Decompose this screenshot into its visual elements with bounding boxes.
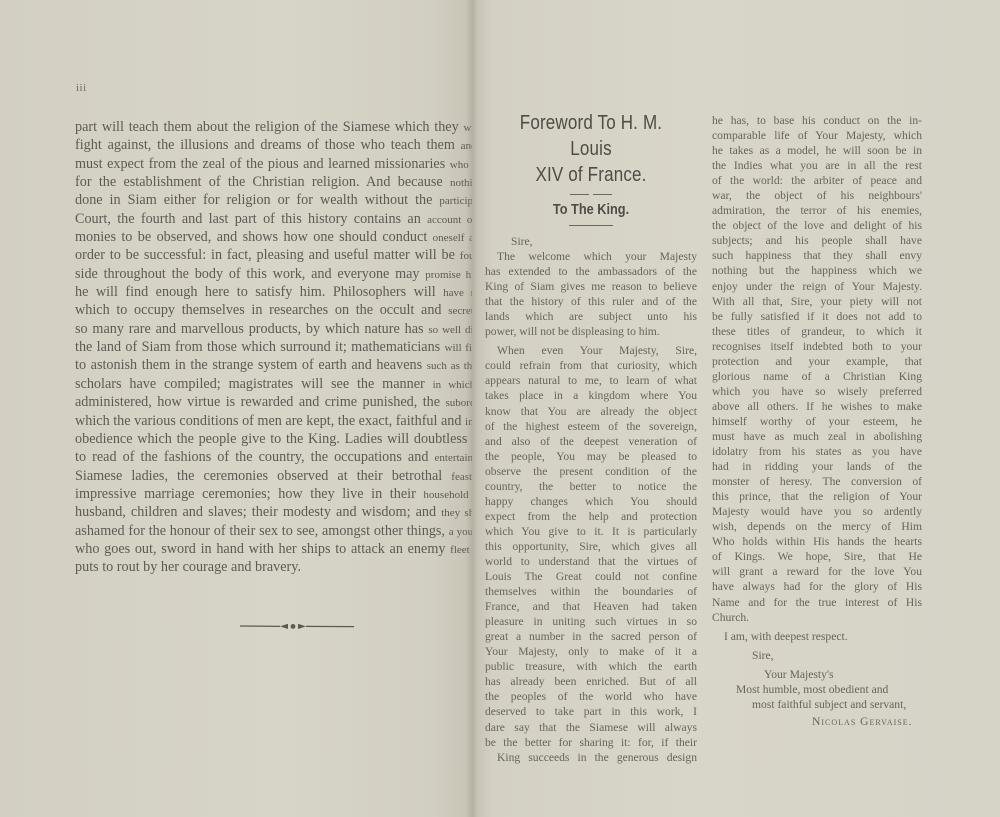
left-page: iii part will teach them about the relig…	[0, 0, 472, 817]
text-line: of the highest esteem of the sovereign,	[485, 419, 697, 434]
foreword-subtitle: To The King.	[501, 201, 681, 219]
text-line: nothing but the happiness which we	[712, 263, 922, 278]
text-line: puts to rout by her courage and bravery.	[75, 559, 472, 576]
text-line: happy changes which You should	[485, 494, 697, 509]
text-line: Who holds within His hands the hearts	[712, 534, 922, 549]
text-line: admiration, the terror of his enemies,	[712, 203, 922, 218]
text-line: of Kings. We hope, Sire, that He	[712, 549, 922, 564]
text-line: be fully satisfied if it does not add to	[712, 309, 922, 324]
text-line: subjects; and his people shall have	[712, 233, 922, 248]
text-line: the people, You may be pleased to	[485, 449, 697, 464]
text-line: obedience which the people give to the K…	[75, 431, 472, 449]
text-line: have always had for the glory of His	[712, 579, 922, 594]
text-line: The welcome which your Majesty	[485, 249, 697, 264]
text-line: deserved to take part in this work, I	[485, 704, 697, 719]
text-line: ashamed for the honour of their sex to s…	[75, 523, 472, 541]
text-line: these titles of grandeur, to which it	[712, 324, 922, 339]
text-line: Name and for the true interest of His	[712, 595, 922, 610]
salutation: Sire,	[485, 234, 697, 249]
text-line: the Indies what you are in all the rest	[712, 158, 922, 173]
text-line: themselves within the boundaries of	[485, 584, 697, 599]
text-line: pleasure in uniting such virtues in so	[485, 614, 697, 629]
text-line: power, will not be displeasing to him.	[485, 324, 697, 339]
text-line: above all others. If he wishes to make	[712, 399, 922, 414]
text-line: which the various conditions of men are …	[75, 413, 472, 431]
signature: Nicolas Gervaise.	[712, 714, 922, 729]
text-line: order to be successful: in fact, pleasin…	[75, 247, 472, 265]
text-line: has already been enriched. But of all	[485, 674, 697, 689]
text-line: this prince, that the religion of Your	[712, 489, 922, 504]
closing-block: I am, with deepest respect. Sire, Your M…	[712, 629, 922, 729]
text-line: be the better for sharing it: for, if th…	[485, 735, 697, 750]
text-line: impressive marriage ceremonies; how they…	[75, 486, 472, 504]
text-line: so many rare and marvellous products, by…	[75, 321, 472, 339]
page-number: iii	[76, 82, 87, 94]
text-line: side throughout the body of this work, a…	[75, 266, 472, 284]
closing-most-humble: Most humble, most obedient and	[712, 682, 922, 697]
text-line: takes place in a kingdom where You	[485, 388, 697, 403]
text-line: France, and that Heaven had taken	[485, 599, 697, 614]
text-line: glorious name of a Christian King	[712, 369, 922, 384]
text-line: the peoples of the world who have	[485, 689, 697, 704]
closing-respect: I am, with deepest respect.	[712, 629, 922, 644]
text-line: he has, to base his conduct on the in-	[712, 113, 922, 128]
text-line: who goes out, sword in hand with her shi…	[75, 541, 472, 559]
tail-piece-ornament-icon	[240, 621, 354, 631]
text-line: With all that, Sire, your piety will not	[712, 294, 922, 309]
column-2-text: he has, to base his conduct on the in- c…	[712, 113, 922, 729]
column-1-text: Sire, The welcome which your Majesty has…	[485, 234, 697, 765]
text-line: could refrain from that curiosity, which	[485, 358, 697, 373]
text-line: for the establishment of the Christian r…	[75, 174, 472, 192]
text-line: that the history of this ruler and of th…	[485, 294, 697, 309]
text-line: enjoy under the reign of Your Majesty.	[712, 279, 922, 294]
text-line: great a number in the sacred person of	[485, 629, 697, 644]
title-divider	[570, 194, 612, 195]
text-line: will grant a reward for the love You	[712, 564, 922, 579]
text-line: Louis The Great could not confine	[485, 569, 697, 584]
text-line: part will teach them about the religion …	[75, 119, 472, 137]
text-line: King succeeds in the generous design	[485, 750, 697, 765]
text-line: has extended to the ambassadors of the	[485, 264, 697, 279]
text-line: world to understand that the virtues of	[485, 554, 697, 569]
text-line: appears natural to me, to learn of what	[485, 373, 697, 388]
text-line: Court, the fourth and last part of this …	[75, 211, 472, 229]
text-line: know that You are already the object	[485, 404, 697, 419]
text-line: observe the present condition of the	[485, 464, 697, 479]
text-line: When even Your Majesty, Sire,	[485, 343, 697, 358]
title-line-1: Foreword To H. M. Louis	[520, 112, 662, 160]
text-line: the object of the love and delight of hi…	[712, 218, 922, 233]
text-line: comparable life of Your Majesty, which	[712, 128, 922, 143]
text-line: administered, how virtue is rewarded and…	[75, 394, 472, 412]
text-line: and also of the deepest veneration of	[485, 434, 697, 449]
text-line: expect from the help and protection	[485, 509, 697, 524]
closing-your-majesty: Your Majesty's	[712, 667, 922, 682]
text-line: Majesty would have you so ardently	[712, 504, 922, 519]
text-line: he takes as a model, he will soon be in	[712, 143, 922, 158]
text-line: of the world: the arbiter of peace and	[712, 173, 922, 188]
foreword-title: Foreword To H. M. Louis XIV of France.	[501, 110, 681, 188]
text-line: monies to be observed, and shows how one…	[75, 229, 472, 247]
text-line: to read of the fashions of the country, …	[75, 449, 472, 467]
text-line: dare say that the Siamese will always	[485, 720, 697, 735]
text-line: scholars have compiled; magistrates will…	[75, 376, 472, 394]
left-page-body-text: part will teach them about the religion …	[75, 119, 472, 577]
text-line: he will find enough here to satisfy him.…	[75, 284, 472, 302]
text-line: country, the better to notice the	[485, 479, 697, 494]
text-line: idolatry from his states as you have	[712, 444, 922, 459]
title-line-2: XIV of France.	[535, 164, 646, 186]
text-line: which to occupy themselves in researches…	[75, 302, 472, 320]
text-line: King of Siam gives me reason to believe	[485, 279, 697, 294]
text-line: Siamese ladies, the ceremonies observed …	[75, 468, 472, 486]
text-line: Your Majesty, only to make of it a	[485, 644, 697, 659]
text-line: fight against, the illusions and dreams …	[75, 137, 472, 155]
text-line: which You give to it. It is particularly	[485, 524, 697, 539]
text-line: monster of heresy. The conversion of	[712, 474, 922, 489]
foreword-column-2: he has, to base his conduct on the in- c…	[712, 113, 922, 729]
text-line: done in Siam either for religion or for …	[75, 192, 472, 210]
text-line: the land of Siam from those which surrou…	[75, 339, 472, 357]
text-line: had in ridding your lands of the	[712, 459, 922, 474]
text-line: recognises itself indebted both to your	[712, 339, 922, 354]
subtitle-divider	[569, 225, 613, 226]
text-line: must expect from the zeal of the pious a…	[75, 156, 472, 174]
text-line: must have as much zeal in abolishing	[712, 429, 922, 444]
text-line: husband, children and slaves; their mode…	[75, 504, 472, 522]
text-line: wish, depends on the mercy of Him	[712, 519, 922, 534]
text-line: protection and your example, that	[712, 354, 922, 369]
text-line: to astonish them in the strange system o…	[75, 357, 472, 375]
foreword-column-1: Foreword To H. M. Louis XIV of France. T…	[485, 110, 697, 765]
text-line: which you have so wisely preferred	[712, 384, 922, 399]
text-line: lands which are subject unto his	[485, 309, 697, 324]
closing-most-faithful: most faithful subject and servant,	[712, 697, 922, 712]
text-line: Church.	[712, 610, 922, 625]
text-line: such happiness that they shall envy	[712, 248, 922, 263]
text-line: war, the object of his neighbours'	[712, 188, 922, 203]
text-line: public treasure, with which the earth	[485, 659, 697, 674]
text-line: this opportunity, Sire, which gives all	[485, 539, 697, 554]
closing-sire: Sire,	[712, 648, 922, 663]
text-line: himself worthy of your esteem, he	[712, 414, 922, 429]
